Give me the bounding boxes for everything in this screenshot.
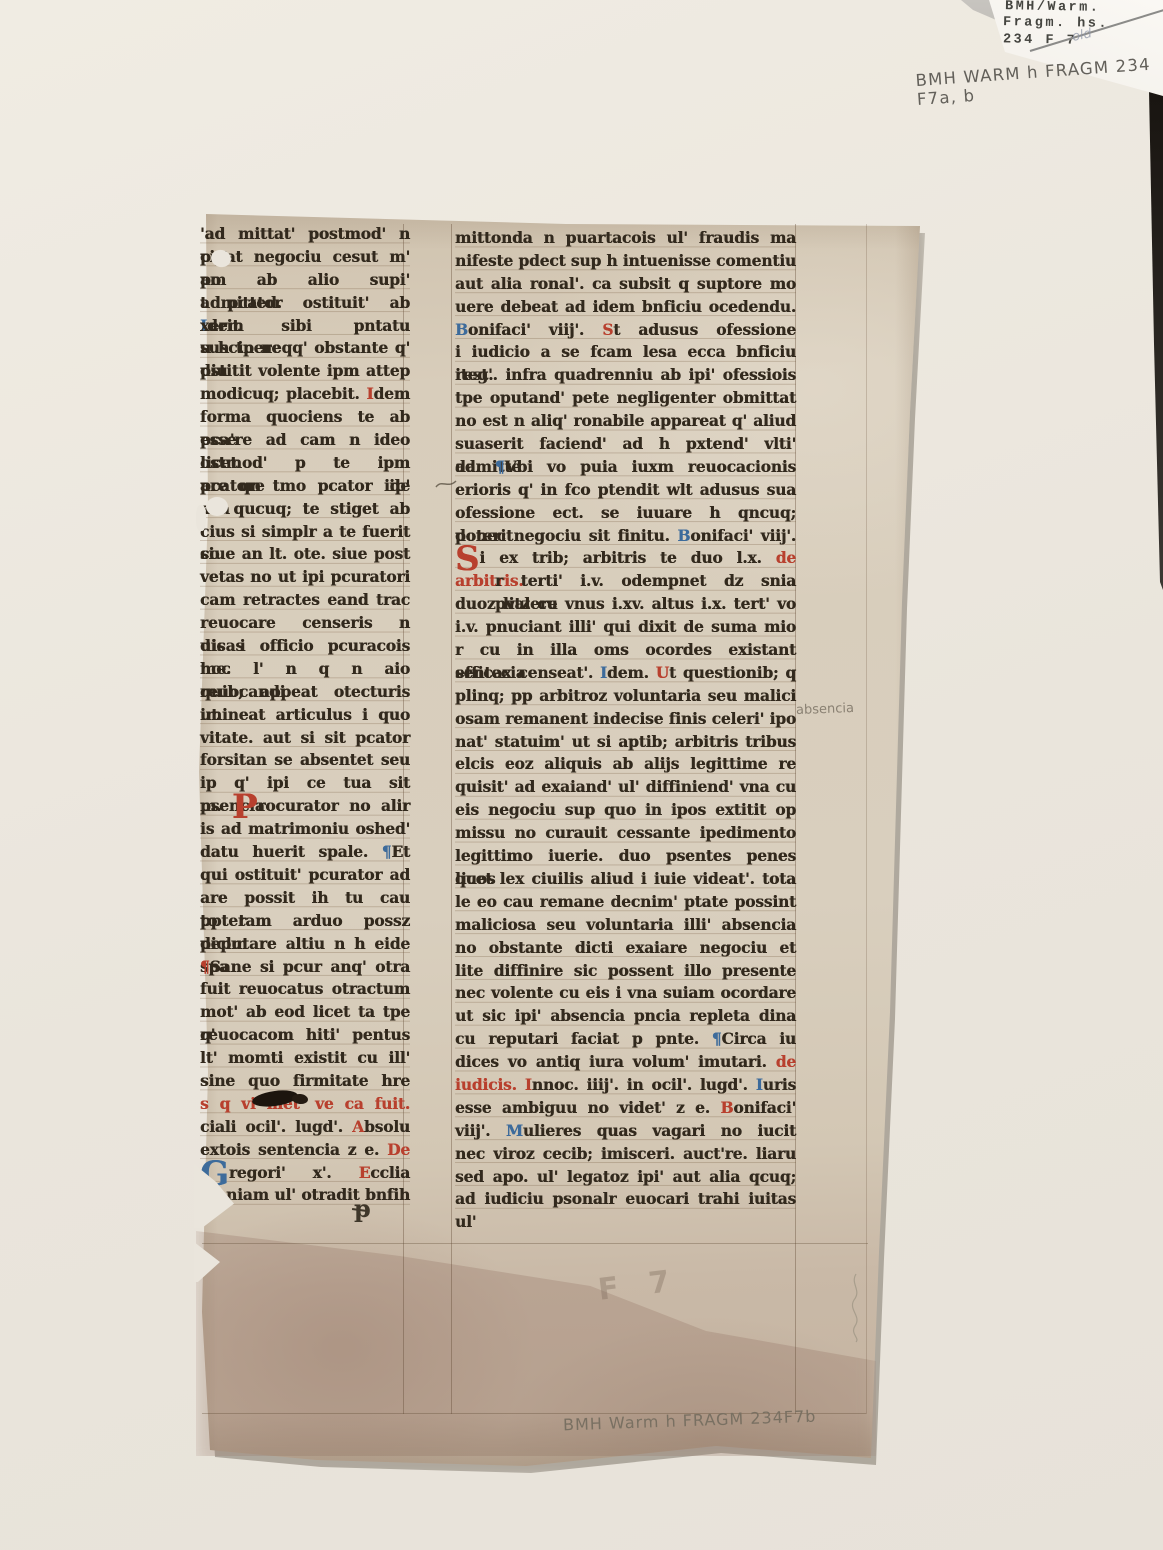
manuscript-text-segment: t questionib; q bbox=[669, 663, 796, 682]
manuscript-line: reuocacom hiti' pentus bbox=[200, 1024, 410, 1047]
manuscript-text-segment: ciali ocil'. lugd'. bbox=[200, 1117, 352, 1136]
manuscript-text-segment: no obstante dicti exaiare negociu et bbox=[455, 938, 796, 957]
manuscript-line: plinq; pp arbitroz voluntaria seu malici bbox=[455, 685, 796, 708]
manuscript-text-segment: imineat articulus i quo bbox=[200, 705, 410, 724]
manuscript-line: am ab alio supi' admitted. bbox=[200, 269, 410, 292]
manuscript-line: tpe oputand' pete negligenter obmittat bbox=[455, 387, 796, 410]
manuscript-line: nifeste pdect sup h intuenisse comentiu bbox=[455, 250, 796, 273]
manuscript-text-segment: donec negociu sit finitu. bbox=[455, 526, 677, 545]
manuscript-line: siue an lt. ote. siue post bbox=[200, 543, 410, 566]
manuscript-line: r terti' i.v. odempnet dz snia pvalere bbox=[455, 570, 796, 593]
manuscript-line: fuit reuocatus otractum bbox=[200, 978, 410, 1001]
manuscript-line: no obstante dicti exaiare negociu et bbox=[455, 937, 796, 960]
manuscript-text-segment: E bbox=[359, 1163, 371, 1182]
manuscript-text-segment: onifaci' bbox=[733, 1098, 796, 1117]
manuscript-text-segment: I bbox=[600, 663, 607, 682]
manuscript-text-segment: iteg'. infra quadrenniu ab ipi' ofessioi… bbox=[455, 365, 796, 384]
manuscript-line: is ad matrimoniu oshed' bbox=[200, 818, 410, 841]
manuscript-text-segment: vitate. aut si sit pcator bbox=[200, 728, 410, 747]
manuscript-text-segment: is ad matrimoniu oshed' bbox=[200, 819, 410, 838]
manuscript-text-segment: modicuq; placebit. bbox=[200, 384, 366, 403]
manuscript-line: da. ¶Vbi vo puia iuxm reuocacionis bbox=[455, 456, 796, 479]
manuscript-line: i iudicio a se fcam lesa ecca bnficiu re… bbox=[455, 341, 796, 364]
manuscript-line: cipat negociu cesut m' po bbox=[200, 246, 410, 269]
illuminated-initial: S bbox=[455, 544, 479, 564]
manuscript-text-segment: dem bbox=[373, 384, 410, 403]
manuscript-text-segment: no est n aliq' ronabile appareat q' aliu… bbox=[455, 411, 796, 430]
manuscript-text-segment: quisit' ad exaiand' ul' diffiniend' vna … bbox=[455, 777, 796, 796]
manuscript-text-segment: A bbox=[352, 1117, 364, 1136]
manuscript-text-segment: ¶ bbox=[200, 957, 210, 976]
manuscript-text-segment: onifaci' viij'. bbox=[690, 526, 796, 545]
pencil-scribble bbox=[846, 1272, 866, 1344]
manuscript-line: lite diffinire sic possent illo presente bbox=[455, 960, 796, 983]
manuscript-line: mot' ab eod licet ta tpe q' bbox=[200, 1001, 410, 1024]
manuscript-line: suaserit faciend' ad h pxtend' vlti' adm… bbox=[455, 433, 796, 456]
manuscript-text-segment: licet lex ciuilis aliud i iuie videat'. … bbox=[455, 869, 796, 888]
manuscript-text-segment: Et bbox=[391, 842, 410, 861]
manuscript-line: pca're ad cam n ideo licet bbox=[200, 429, 410, 452]
manuscript-line: esse ambiguu no videt' z e. Bonifaci' bbox=[455, 1097, 796, 1120]
manuscript-line: eis negociu sup quo in ipos extitit op bbox=[455, 799, 796, 822]
manuscript-line: quisit' ad exaiand' ul' diffiniend' vna … bbox=[455, 776, 796, 799]
manuscript-text-segment: M bbox=[506, 1121, 523, 1140]
manuscript-text-segment: missu no curauit cessante ipedimento bbox=[455, 823, 796, 842]
manuscript-line: m. Procurator no alir bbox=[200, 795, 410, 818]
manuscript-text-segment: pstitit volente ipm attep bbox=[200, 361, 410, 380]
ruling-line-horizontal bbox=[202, 1243, 868, 1244]
manuscript-text-segment: lt' momti existit cu ill' bbox=[200, 1048, 410, 1067]
manuscript-column-left: 'ad mittat' postmod' n putcipat negociu … bbox=[200, 223, 410, 1209]
manuscript-line: are qn tmo pcator ide pca bbox=[200, 475, 410, 498]
manuscript-line: ¶Sane si pcur anq' otra bbox=[200, 956, 410, 979]
manuscript-line: le eo cau remane decnim' ptate possint bbox=[455, 891, 796, 914]
manuscript-line: uis i officio pcuracois hoc bbox=[200, 635, 410, 658]
manuscript-line: forsitan se absentet seu bbox=[200, 749, 410, 772]
ruling-line-vertical bbox=[451, 224, 452, 1414]
backdrop-dark-edge bbox=[1140, 84, 1163, 590]
manuscript-line: iudicis. Innoc. iiij'. in ocil'. lugd'. … bbox=[455, 1074, 796, 1097]
manuscript-text-segment: bsolu bbox=[364, 1117, 410, 1136]
manuscript-text-segment: sine quo firmitate hre bbox=[200, 1071, 410, 1090]
manuscript-line: nec volente cu eis i vna suiam ocordare bbox=[455, 982, 796, 1005]
manuscript-text-segment: osam remanent indecise finis celeri' ipo bbox=[455, 709, 796, 728]
manuscript-line: ostmod' p te ipm pcatore ip' bbox=[200, 452, 410, 475]
manuscript-text-segment: viij'. bbox=[455, 1121, 506, 1140]
parchment-hole bbox=[206, 497, 228, 516]
manuscript-line: elcis eoz aliquis ab alijs legittime re bbox=[455, 753, 796, 776]
manuscript-line: ofessione ect. se iuuare h qncuq; poteri… bbox=[455, 502, 796, 525]
manuscript-line: osam remanent indecise finis celeri' ipo bbox=[455, 708, 796, 731]
manuscript-line: Bonifaci' viij'. St adusus ofessione bbox=[455, 319, 796, 342]
illuminated-initial: P bbox=[232, 792, 257, 812]
manuscript-line: imineat articulus i quo bbox=[200, 704, 410, 727]
manuscript-text-segment: B bbox=[677, 526, 690, 545]
manuscript-text-segment: B bbox=[720, 1098, 733, 1117]
parchment-edge-notch bbox=[196, 505, 206, 531]
manuscript-text-segment: niam ul' otradit bnfih bbox=[226, 1185, 410, 1204]
manuscript-text-segment: de bbox=[776, 1052, 796, 1071]
manuscript-text-segment: iudicis. I bbox=[455, 1075, 532, 1094]
shelfmark-handwritten: BMH WARM h FRAGM 234 F7a, b bbox=[915, 53, 1163, 109]
manuscript-text-segment: tpe oputand' pete negligenter obmittat bbox=[455, 388, 796, 407]
shelfmark-typed-line: BMH/Warm. bbox=[1005, 0, 1101, 16]
manuscript-line: cu reputari faciat p pnte. ¶Circa iu bbox=[455, 1028, 796, 1051]
manuscript-text-segment: cclia bbox=[370, 1163, 410, 1182]
manuscript-line: qui ostituit' pcurator ad bbox=[200, 864, 410, 887]
margin-pencil-note: absencia bbox=[796, 701, 854, 718]
manuscript-line: sine quo firmitate hre bbox=[200, 1070, 410, 1093]
manuscript-line: cam retractes eand trac bbox=[200, 589, 410, 612]
manuscript-line: pstitit volente ipm attep bbox=[200, 360, 410, 383]
manuscript-line: cius si simplr a te fuerit co bbox=[200, 521, 410, 544]
manuscript-text-segment: ¶ bbox=[382, 842, 392, 861]
manuscript-line: nat' statuim' ut si aptib; arbitris trib… bbox=[455, 731, 796, 754]
manuscript-text-segment: nec volente cu eis i vna suiam ocordare bbox=[455, 983, 796, 1002]
manuscript-line: efficax censeat'. Idem. Ut questionib; q bbox=[455, 662, 796, 685]
manuscript-line: no est n aliq' ronabile appareat q' aliu… bbox=[455, 410, 796, 433]
manuscript-line: reuocare censeris n dicas bbox=[200, 612, 410, 635]
manuscript-text-segment: plinq; pp arbitroz voluntaria seu malici bbox=[455, 686, 796, 705]
manuscript-line: Gregori' x'. Ecclia bbox=[200, 1162, 410, 1185]
manuscript-text-segment: ulieres quas vagari no iucit bbox=[523, 1121, 796, 1140]
manuscript-text-segment: maliciosa seu voluntaria illi' absencia bbox=[455, 915, 796, 934]
manuscript-text-segment: uere debeat ad idem bnficiu ocedendu. bbox=[455, 297, 796, 316]
manuscript-text-segment: uris bbox=[763, 1075, 796, 1094]
manuscript-text-segment: I bbox=[756, 1075, 763, 1094]
manuscript-text-segment: nifeste pdect sup h intuenisse comentiu bbox=[455, 251, 796, 270]
manuscript-line: duoz litz cu vnus i.xv. altus i.x. tert'… bbox=[455, 593, 796, 616]
manuscript-line: xerit sibi pntatu suscipere bbox=[200, 315, 410, 338]
manuscript-text-segment: nec viroz cecib; imisceri. auct're. liar… bbox=[455, 1144, 796, 1163]
manuscript-text-segment: t adusus ofessione bbox=[613, 320, 796, 339]
manuscript-line: ciali ocil'. lugd'. Absolu bbox=[200, 1116, 410, 1139]
manuscript-text-segment: eis negociu sup quo in ipos extitit op bbox=[455, 800, 796, 819]
manuscript-text-segment: ut sic ipi' absencia pncia repleta dina bbox=[455, 1006, 796, 1025]
manuscript-text-segment: qui ostituit' pcurator ad bbox=[200, 865, 410, 884]
manuscript-line: vetas no ut ipi pcuratori bbox=[200, 566, 410, 589]
manuscript-text-segment: lite diffinire sic possent illo presente bbox=[455, 961, 796, 980]
manuscript-line: quib; appeat otecturis ut bbox=[200, 681, 410, 704]
manuscript-text-segment: mittonda n puartacois ul' fraudis ma bbox=[455, 228, 796, 247]
manuscript-text-segment: le eo cau remane decnim' ptate possint bbox=[455, 892, 796, 911]
manuscript-text-segment: S bbox=[602, 320, 613, 339]
manuscript-line: maliciosa seu voluntaria illi' absencia bbox=[455, 914, 796, 937]
manuscript-line: erioris q' in fco ptendit wlt adusus sua bbox=[455, 479, 796, 502]
manuscript-line: ut sic ipi' absencia pncia repleta dina bbox=[455, 1005, 796, 1028]
manuscript-text-segment: efficax censeat'. bbox=[455, 663, 600, 682]
manuscript-text-segment: datu huerit spale. bbox=[200, 842, 382, 861]
manuscript-line: missu no curauit cessante ipedimento bbox=[455, 822, 796, 845]
manuscript-text-segment: m. bbox=[200, 796, 232, 815]
manuscript-text-segment: forsitan se absentet seu bbox=[200, 750, 410, 769]
manuscript-text-segment: Sane si pcur anq' otra bbox=[210, 957, 410, 976]
manuscript-line: mittonda n puartacois ul' fraudis ma bbox=[455, 227, 796, 250]
manuscript-text-segment: ait qucuq; te stiget ab bbox=[200, 499, 410, 518]
manuscript-line: forma quociens te ab esse bbox=[200, 406, 410, 429]
manuscript-column-right: mittonda n puartacois ul' fraudis manife… bbox=[455, 227, 796, 1213]
manuscript-line: ait qucuq; te stiget ab bbox=[200, 498, 410, 521]
manuscript-line: are possit ih tu cau ppter bbox=[200, 887, 410, 910]
manuscript-text-segment: De bbox=[387, 1140, 410, 1159]
manuscript-text-segment: da. bbox=[455, 457, 495, 476]
manuscript-line: vitate. aut si sit pcator bbox=[200, 727, 410, 750]
manuscript-text-segment: dem. bbox=[607, 663, 656, 682]
manuscript-text-segment: t pcator ostituit' ab bbox=[200, 293, 410, 312]
manuscript-line: datu huerit spale. ¶Et bbox=[200, 841, 410, 864]
ruling-line-vertical bbox=[866, 224, 867, 1414]
manuscript-line: donec negociu sit finitu. Bonifaci' viij… bbox=[455, 525, 796, 548]
manuscript-line: sed apo. ul' legatoz ipi' aut alia qcuq; bbox=[455, 1166, 796, 1189]
manuscript-text-segment: rocurator no alir bbox=[257, 796, 410, 815]
manuscript-text-segment: vetas no ut ipi pcuratori bbox=[200, 567, 410, 586]
manuscript-line: nec viroz cecib; imisceri. auct're. liar… bbox=[455, 1143, 796, 1166]
manuscript-text-segment: i ex trib; arbitris te duo l.x. bbox=[479, 548, 775, 567]
manuscript-line: to tam arduo possz piclm bbox=[200, 910, 410, 933]
manuscript-line: u h tn neqq' obstante q' diu bbox=[200, 337, 410, 360]
manuscript-text-segment: aut alia ronal'. ca subsit q suptore mo bbox=[455, 274, 796, 293]
manuscript-text-segment: dices vo antiq iura volum' imutari. bbox=[455, 1052, 776, 1071]
manuscript-line: legittimo iuerie. duo psentes penes quos bbox=[455, 845, 796, 868]
manuscript-text-segment: esse ambiguu no videt' z e. bbox=[455, 1098, 720, 1117]
manuscript-text-segment: onifaci' viij'. bbox=[468, 320, 602, 339]
manuscript-text-segment: fuit reuocatus otractum bbox=[200, 979, 410, 998]
manuscript-text-segment: cu reputari faciat p pnte. bbox=[455, 1029, 712, 1048]
manuscript-line: lt' momti existit cu ill' bbox=[200, 1047, 410, 1070]
manuscript-line: Si ex trib; arbitris te duo l.x. de arbi… bbox=[455, 547, 796, 570]
manuscript-text-segment: erioris q' in fco ptendit wlt adusus sua bbox=[455, 480, 796, 499]
manuscript-text-segment: cam retractes eand trac bbox=[200, 590, 410, 609]
manuscript-text-segment: B bbox=[455, 320, 468, 339]
manuscript-text-segment: nnoc. iiij'. in ocil'. lugd'. bbox=[532, 1075, 756, 1094]
manuscript-line: aut alia ronal'. ca subsit q suptore mo bbox=[455, 273, 796, 296]
photograph-of-manuscript-fragment: { "label_card": { "typed_lines": ["BMH/W… bbox=[0, 0, 1163, 1550]
manuscript-line: t pcator ostituit' ab Idem bbox=[200, 292, 410, 315]
manuscript-line: ad iudiciu psonalr euocari trahi iuitas … bbox=[455, 1188, 796, 1211]
manuscript-text-segment: duoz litz cu vnus i.xv. altus i.x. tert'… bbox=[455, 594, 796, 613]
manuscript-line: iteg'. infra quadrenniu ab ipi' ofessioi… bbox=[455, 364, 796, 387]
manuscript-text-segment: sed apo. ul' legatoz ipi' aut alia qcuq; bbox=[455, 1167, 796, 1186]
manuscript-text-segment: U bbox=[656, 663, 669, 682]
manuscript-line: dices vo antiq iura volum' imutari. de bbox=[455, 1051, 796, 1074]
manuscript-line: deputare altiu n h eide spa bbox=[200, 933, 410, 956]
manuscript-line: r cu in illa oms ocordes existant sentec… bbox=[455, 639, 796, 662]
manuscript-text-segment: elcis eoz aliquis ab alijs legittime re bbox=[455, 754, 796, 773]
manuscript-line: licet lex ciuilis aliud i iuie videat'. … bbox=[455, 868, 796, 891]
manuscript-text-segment: nat' statuim' ut si aptib; arbitris trib… bbox=[455, 732, 796, 751]
manuscript-text-segment: siue an lt. ote. siue post bbox=[200, 544, 410, 563]
manuscript-text-segment: Vbi vo puia iuxm reuocacionis bbox=[505, 457, 796, 476]
manuscript-line: me. l' n q n aio reuocandi bbox=[200, 658, 410, 681]
manuscript-text-segment: reuocacom hiti' pentus bbox=[200, 1025, 410, 1044]
manuscript-text-segment: ¶ bbox=[495, 457, 505, 476]
manuscript-line: i.v. pnuciant illi' qui dixit de suma mi… bbox=[455, 616, 796, 639]
pen-trial-mark: p bbox=[354, 1194, 371, 1223]
manuscript-line: viij'. Mulieres quas vagari no iucit bbox=[455, 1120, 796, 1143]
margin-ink-mark bbox=[434, 477, 458, 491]
manuscript-line: uere debeat ad idem bnficiu ocedendu. bbox=[455, 296, 796, 319]
manuscript-line: modicuq; placebit. Idem bbox=[200, 383, 410, 406]
manuscript-text-segment: regori' x'. bbox=[229, 1163, 359, 1182]
manuscript-line: extois sentencia z e. De bbox=[200, 1139, 410, 1162]
manuscript-line: 'ad mittat' postmod' n put bbox=[200, 223, 410, 246]
manuscript-text-segment: i.v. pnuciant illi' qui dixit de suma mi… bbox=[455, 617, 796, 636]
manuscript-text-segment: Circa iu bbox=[721, 1029, 796, 1048]
